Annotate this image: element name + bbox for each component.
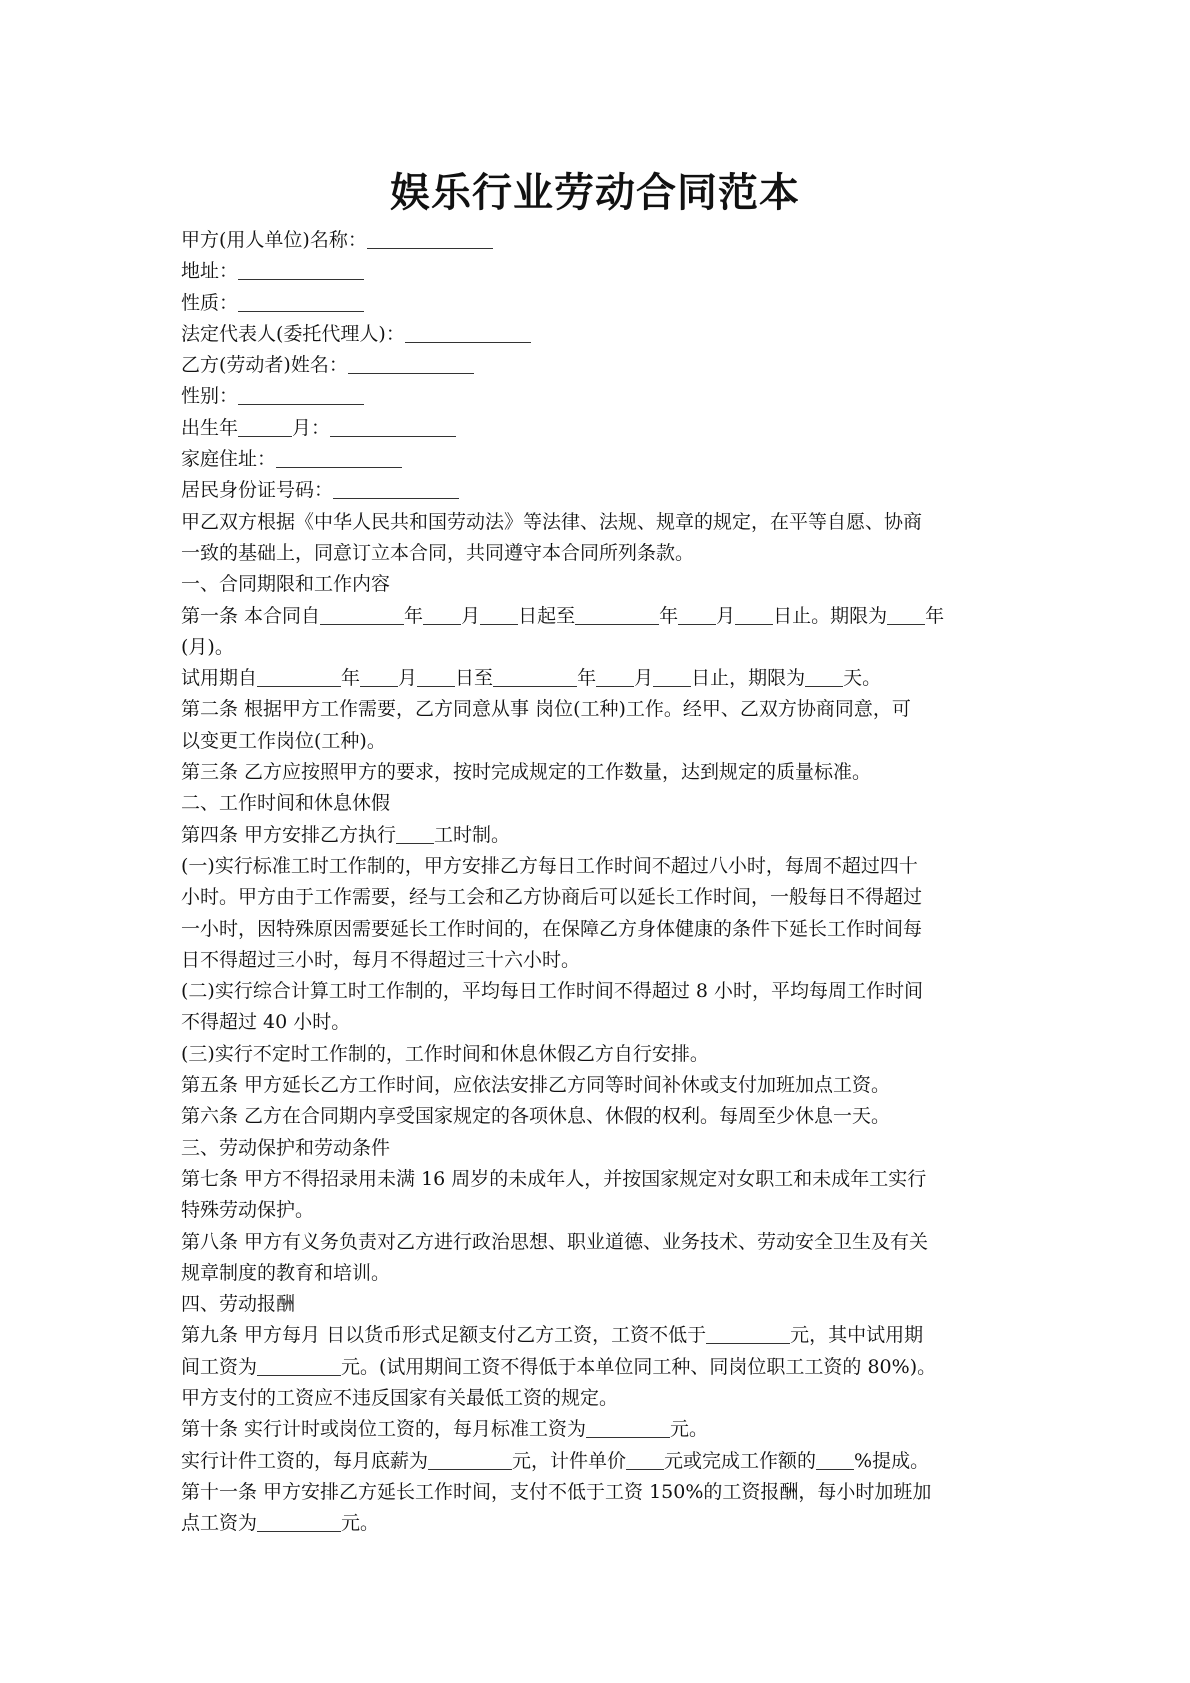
birth-month-blank[interactable] xyxy=(330,435,456,437)
article-2-line-2: 以变更工作岗位(工种)。 xyxy=(181,726,1021,757)
article-4-iii: (三)实行不定时工作制的，工作时间和休息休假乙方自行安排。 xyxy=(181,1039,1021,1070)
article-4-i-line-1: (一)实行标准工时工作制的，甲方安排乙方每日工作时间不超过八小时，每周不超过四十 xyxy=(181,851,1021,882)
employee-name-blank[interactable] xyxy=(348,372,474,374)
field-address: 地址： xyxy=(181,256,1021,287)
gender-blank[interactable] xyxy=(238,403,364,405)
commission-percent-blank[interactable] xyxy=(816,1468,854,1470)
field-home-address: 家庭住址： xyxy=(181,444,1021,475)
article-10-line-1: 第十条 实行计时或岗位工资的，每月标准工资为元。 xyxy=(181,1414,1021,1445)
contract-end-month-blank[interactable] xyxy=(678,623,716,625)
article-11-line-1: 第十一条 甲方安排乙方延长工作时间，支付不低于工资 150%的工资报酬，每小时加… xyxy=(181,1477,1021,1508)
field-id-number: 居民身份证号码： xyxy=(181,475,1021,506)
piece-rate-blank[interactable] xyxy=(626,1468,664,1470)
article-1-line-1: 第一条 本合同自年月日起至年月日止。期限为年 xyxy=(181,601,1021,632)
article-4-i-line-3: 一小时，因特殊原因需要延长工作时间的，在保障乙方身体健康的条件下延长工作时间每 xyxy=(181,914,1021,945)
contract-start-month-blank[interactable] xyxy=(423,623,461,625)
section-4-heading: 四、劳动报酬 xyxy=(181,1289,1021,1320)
article-4: 第四条 甲方安排乙方执行工时制。 xyxy=(181,820,1021,851)
field-nature: 性质： xyxy=(181,288,1021,319)
article-4-ii-line-2: 不得超过 40 小时。 xyxy=(181,1007,1021,1038)
article-5: 第五条 甲方延长乙方工作时间，应依法安排乙方同等时间补休或支付加班加点工资。 xyxy=(181,1070,1021,1101)
section-3-heading: 三、劳动保护和劳动条件 xyxy=(181,1133,1021,1164)
contract-start-day-blank[interactable] xyxy=(480,623,518,625)
trial-days-blank[interactable] xyxy=(805,685,843,687)
article-1-line-2: (月)。 xyxy=(181,632,1021,663)
article-11-line-2: 点工资为元。 xyxy=(181,1508,1021,1539)
article-10-line-2: 实行计件工资的，每月底薪为元，计件单价元或完成工作额的%提成。 xyxy=(181,1446,1021,1477)
section-2-heading: 二、工作时间和休息休假 xyxy=(181,788,1021,819)
trial-start-day-blank[interactable] xyxy=(417,685,455,687)
trial-end-year-blank[interactable] xyxy=(493,685,577,687)
field-employer-name: 甲方(用人单位)名称： xyxy=(181,225,1021,256)
document-title: 娱乐行业劳动合同范本 xyxy=(0,163,1190,223)
legal-rep-blank[interactable] xyxy=(405,341,531,343)
base-salary-blank[interactable] xyxy=(428,1468,512,1470)
trial-period-line: 试用期自年月日至年月日止，期限为天。 xyxy=(181,663,1021,694)
field-gender: 性别： xyxy=(181,381,1021,412)
document-body: 甲方(用人单位)名称： 地址： 性质： 法定代表人(委托代理人)： 乙方(劳动者… xyxy=(181,225,1021,1539)
standard-wage-blank[interactable] xyxy=(586,1436,670,1438)
id-number-blank[interactable] xyxy=(333,497,459,499)
intro-line-1: 甲乙双方根据《中华人民共和国劳动法》等法律、法规、规章的规定，在平等自愿、协商 xyxy=(181,507,1021,538)
article-4-i-line-4: 日不得超过三小时，每月不得超过三十六小时。 xyxy=(181,945,1021,976)
home-address-blank[interactable] xyxy=(276,466,402,468)
contract-start-year-blank[interactable] xyxy=(320,623,404,625)
field-legal-rep: 法定代表人(委托代理人)： xyxy=(181,319,1021,350)
article-4-i-line-2: 小时。甲方由于工作需要，经与工会和乙方协商后可以延长工作时间，一般每日不得超过 xyxy=(181,882,1021,913)
article-8-line-2: 规章制度的教育和培训。 xyxy=(181,1258,1021,1289)
trial-wage-blank[interactable] xyxy=(257,1374,341,1376)
article-7-line-2: 特殊劳动保护。 xyxy=(181,1195,1021,1226)
birth-year-blank[interactable] xyxy=(238,435,292,437)
overtime-hourly-wage-blank[interactable] xyxy=(257,1530,341,1532)
contract-term-blank[interactable] xyxy=(887,623,925,625)
article-3: 第三条 乙方应按照甲方的要求，按时完成规定的工作数量，达到规定的质量标准。 xyxy=(181,757,1021,788)
employer-name-blank[interactable] xyxy=(367,247,493,249)
contract-end-year-blank[interactable] xyxy=(575,623,659,625)
address-blank[interactable] xyxy=(238,278,364,280)
trial-end-day-blank[interactable] xyxy=(653,685,691,687)
article-7-line-1: 第七条 甲方不得招录用未满 16 周岁的未成年人，并按国家规定对女职工和未成年工… xyxy=(181,1164,1021,1195)
trial-end-month-blank[interactable] xyxy=(596,685,634,687)
article-6: 第六条 乙方在合同期内享受国家规定的各项休息、休假的权利。每周至少休息一天。 xyxy=(181,1101,1021,1132)
article-2-line-1: 第二条 根据甲方工作需要，乙方同意从事 岗位(工种)工作。经甲、乙双方协商同意，… xyxy=(181,694,1021,725)
field-birth: 出生年月： xyxy=(181,413,1021,444)
contract-end-day-blank[interactable] xyxy=(735,623,773,625)
article-4-ii-line-1: (二)实行综合计算工时工作制的，平均每日工作时间不得超过 8 小时，平均每周工作… xyxy=(181,976,1021,1007)
nature-blank[interactable] xyxy=(238,310,364,312)
field-employee-name: 乙方(劳动者)姓名： xyxy=(181,350,1021,381)
min-wage-blank[interactable] xyxy=(706,1342,790,1344)
section-1-heading: 一、合同期限和工作内容 xyxy=(181,569,1021,600)
article-8-line-1: 第八条 甲方有义务负责对乙方进行政治思想、职业道德、业务技术、劳动安全卫生及有关 xyxy=(181,1227,1021,1258)
document-page: 娱乐行业劳动合同范本 甲方(用人单位)名称： 地址： 性质： 法定代表人(委托代… xyxy=(0,0,1190,1683)
article-9-line-3: 甲方支付的工资应不违反国家有关最低工资的规定。 xyxy=(181,1383,1021,1414)
article-9-line-2: 间工资为元。(试用期间工资不得低于本单位同工种、同岗位职工工资的 80%)。 xyxy=(181,1352,1021,1383)
intro-line-2: 一致的基础上，同意订立本合同，共同遵守本合同所列条款。 xyxy=(181,538,1021,569)
work-hour-system-blank[interactable] xyxy=(396,842,434,844)
article-9-line-1: 第九条 甲方每月 日以货币形式足额支付乙方工资，工资不低于元，其中试用期 xyxy=(181,1320,1021,1351)
trial-start-month-blank[interactable] xyxy=(360,685,398,687)
trial-start-year-blank[interactable] xyxy=(257,685,341,687)
